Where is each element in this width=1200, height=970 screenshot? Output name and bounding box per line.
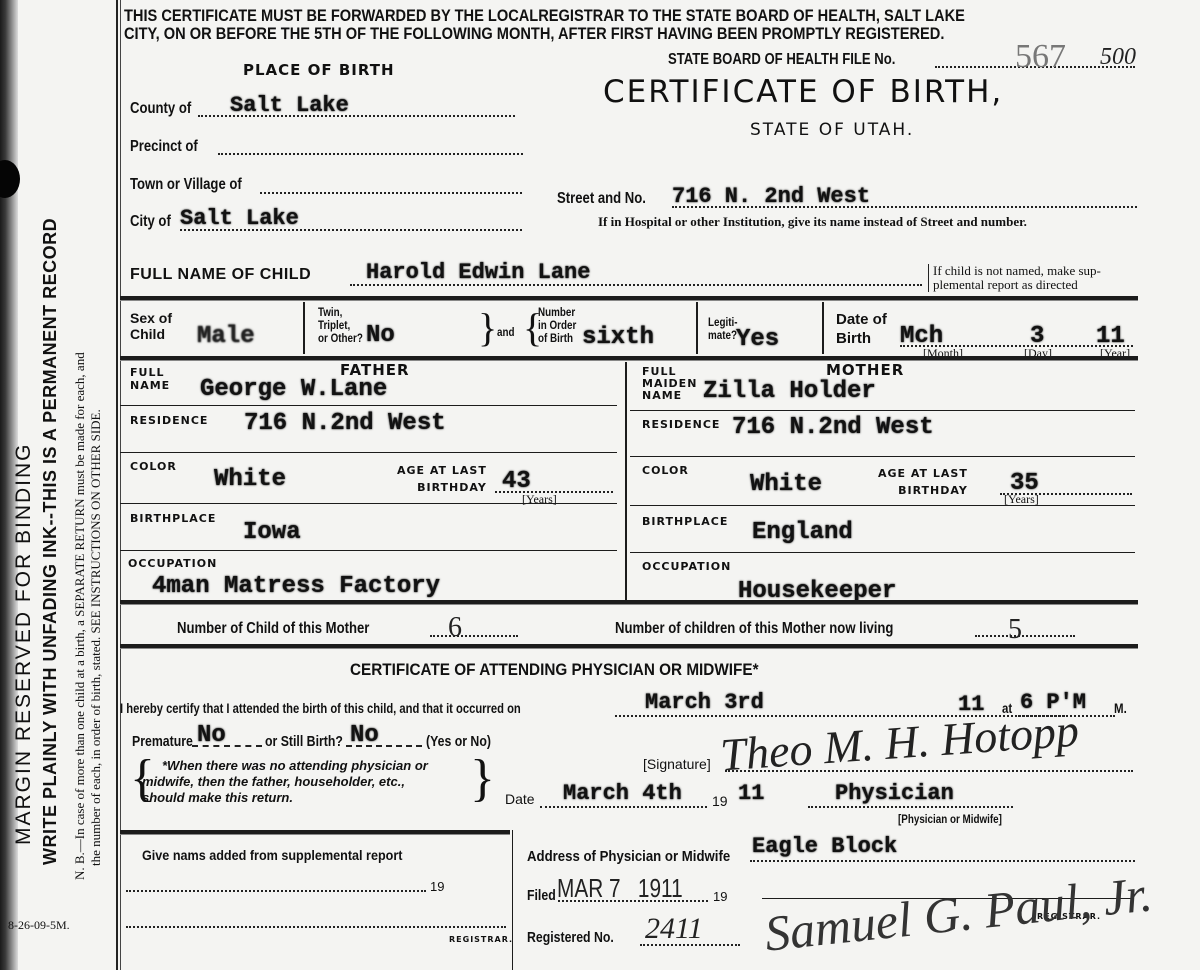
father-birthplace-field[interactable]: Iowa bbox=[243, 519, 301, 546]
dob-label: Date of Birth bbox=[836, 310, 887, 348]
supplemental-line bbox=[126, 890, 426, 892]
mother-name-label: FULL MAIDEN NAME bbox=[642, 366, 697, 402]
legitimate-field[interactable]: Yes bbox=[736, 326, 779, 353]
twin-label-line3: or Other? bbox=[318, 332, 363, 345]
living-children-field[interactable]: 5 bbox=[1008, 614, 1022, 646]
row-divider bbox=[630, 410, 1135, 411]
order-label-line3: of Birth bbox=[538, 332, 576, 345]
sex-label-line2: Child bbox=[130, 326, 172, 342]
unnamed-note: If child is not named, make sup- plement… bbox=[928, 264, 1101, 292]
header-notice-line1: THIS CERTIFICATE MUST BE FORWARDED BY TH… bbox=[124, 7, 965, 25]
father-color-field[interactable]: White bbox=[214, 466, 286, 493]
mother-color-field[interactable]: White bbox=[750, 471, 822, 498]
margin-rule bbox=[116, 0, 118, 970]
signed-year-field[interactable]: 11 bbox=[738, 781, 764, 806]
town-field[interactable] bbox=[260, 192, 522, 194]
file-number-handwritten: 500 bbox=[1100, 44, 1136, 71]
birth-order-field[interactable]: sixth bbox=[582, 324, 654, 351]
signature-label: [Signature] bbox=[643, 756, 711, 772]
date-line bbox=[540, 806, 707, 808]
section-divider bbox=[120, 600, 1138, 605]
physician-title-field[interactable]: Physician bbox=[835, 781, 954, 806]
section-divider bbox=[120, 296, 1138, 301]
registered-no-label: Registered No. bbox=[527, 929, 614, 946]
registered-no-field[interactable]: 2411 bbox=[645, 912, 703, 946]
town-label: Town or Village of bbox=[130, 176, 242, 194]
father-name-field[interactable]: George W.Lane bbox=[200, 376, 387, 403]
header-notice-line2: CITY, ON OR BEFORE THE 5TH OF THE FOLLOW… bbox=[124, 25, 965, 43]
father-occupation-field[interactable]: 4man Matress Factory bbox=[152, 573, 440, 600]
section-divider bbox=[120, 830, 510, 835]
child-name-field[interactable]: Harold Edwin Lane bbox=[366, 260, 590, 285]
filed-label: Filed bbox=[527, 887, 556, 904]
filed-stamp: MAR 7 1911 bbox=[557, 873, 683, 904]
city-label: City of bbox=[130, 213, 171, 231]
certificate-title: CERTIFICATE OF BIRTH, bbox=[603, 74, 1003, 110]
mother-birthplace-label: BIRTHPLACE bbox=[642, 515, 728, 528]
father-birthplace-label: BIRTHPLACE bbox=[130, 512, 216, 525]
father-name-label-line1: FULL bbox=[130, 366, 170, 379]
margin-rule bbox=[120, 0, 121, 970]
row-divider bbox=[120, 405, 617, 406]
brace-icon: } bbox=[470, 752, 495, 806]
city-field[interactable]: Salt Lake bbox=[180, 206, 299, 231]
child-of-mother-line bbox=[430, 635, 518, 637]
sex-label: Sex of Child bbox=[130, 310, 172, 342]
column-divider bbox=[822, 302, 824, 354]
column-divider bbox=[696, 302, 698, 354]
form-code: 8-26-09-5M. bbox=[8, 918, 70, 933]
brace-icon: } bbox=[478, 306, 497, 350]
physician-address-label: Address of Physician or Midwife bbox=[527, 848, 730, 865]
row-divider bbox=[630, 456, 1135, 457]
hospital-note: If in Hospital or other Institution, giv… bbox=[598, 214, 1027, 230]
occurred-date-field[interactable]: March 3rd bbox=[645, 690, 764, 715]
supplemental-label: Give nams added from supplemental report bbox=[142, 847, 402, 863]
row-divider bbox=[630, 505, 1135, 506]
precinct-label: Precinct of bbox=[130, 138, 198, 156]
title-line bbox=[808, 806, 1013, 808]
date-19-label: 19 bbox=[712, 793, 728, 809]
sex-label-line1: Sex of bbox=[130, 310, 172, 326]
physician-title-caption: [Physician or Midwife] bbox=[898, 812, 1002, 826]
dob-label-line2: Birth bbox=[836, 329, 887, 348]
father-age-field[interactable]: 43 bbox=[502, 468, 531, 495]
dob-label-line1: Date of bbox=[836, 310, 887, 329]
parents-divider bbox=[625, 362, 627, 600]
father-age-label-line2: BIRTHDAY bbox=[397, 479, 487, 496]
file-number-label: STATE BOARD OF HEALTH FILE No. bbox=[668, 51, 895, 69]
father-name-label-line2: NAME bbox=[130, 379, 170, 392]
child-of-mother-field[interactable]: 6 bbox=[448, 612, 462, 644]
header-notice: THIS CERTIFICATE MUST BE FORWARDED BY TH… bbox=[124, 7, 965, 43]
twin-label: Twin, Triplet, or Other? bbox=[318, 306, 363, 345]
margin-note: N. B.—In case of more than one child at … bbox=[72, 352, 104, 880]
order-label: Number in Order of Birth bbox=[538, 306, 576, 345]
filed-19-label: 19 bbox=[713, 889, 727, 904]
mother-name-field[interactable]: Zilla Holder bbox=[703, 378, 876, 405]
unnamed-note-line1: If child is not named, make sup- bbox=[933, 264, 1101, 278]
child-of-mother-label: Number of Child of this Mother bbox=[177, 620, 369, 638]
sex-field[interactable]: Male bbox=[197, 323, 255, 350]
street-field[interactable]: 716 N. 2nd West bbox=[672, 184, 870, 209]
mother-birthplace-field[interactable]: England bbox=[752, 519, 853, 546]
father-residence-field[interactable]: 716 N.2nd West bbox=[244, 410, 446, 437]
and-label: and bbox=[497, 325, 515, 339]
stillbirth-field[interactable]: No bbox=[350, 722, 379, 749]
section-divider bbox=[120, 356, 1138, 361]
twin-field[interactable]: No bbox=[366, 322, 395, 349]
father-color-label: COLOR bbox=[130, 460, 177, 473]
no-physician-note: *When there was no attending physician o… bbox=[142, 758, 428, 806]
living-children-line bbox=[975, 635, 1075, 637]
stillbirth-label: or Still Birth? bbox=[265, 733, 343, 750]
precinct-field[interactable] bbox=[218, 153, 523, 155]
street-label: Street and No. bbox=[557, 190, 646, 208]
child-name-label: FULL NAME OF CHILD bbox=[130, 266, 311, 284]
father-residence-label: RESIDENCE bbox=[130, 414, 208, 427]
mother-residence-label: RESIDENCE bbox=[642, 418, 720, 431]
mother-occupation-label: OCCUPATION bbox=[642, 560, 731, 573]
county-label: County of bbox=[130, 100, 191, 118]
father-age-label-line1: AGE AT LAST bbox=[397, 462, 487, 479]
row-divider bbox=[120, 550, 617, 551]
premature-label: Premature bbox=[132, 733, 193, 750]
physician-heading: CERTIFICATE OF ATTENDING PHYSICIAN OR MI… bbox=[350, 660, 759, 680]
legitimate-label-line2: mate? bbox=[708, 329, 738, 342]
mother-heading: MOTHER bbox=[826, 361, 904, 379]
note-line2: midwife, then the father, householder, e… bbox=[142, 774, 428, 790]
father-years-caption: [Years] bbox=[522, 492, 557, 507]
mother-color-label: COLOR bbox=[642, 464, 689, 477]
father-occupation-label: OCCUPATION bbox=[128, 557, 217, 570]
place-of-birth-heading: PLACE OF BIRTH bbox=[243, 61, 395, 79]
supplemental-19-label: 19 bbox=[430, 879, 444, 894]
margin-note-line1: N. B.—In case of more than one child at … bbox=[72, 352, 88, 880]
row-divider bbox=[120, 503, 617, 504]
signed-date-field[interactable]: March 4th bbox=[563, 781, 682, 806]
yes-no-hint: (Yes or No) bbox=[426, 733, 491, 750]
certify-text: I hereby certify that I attended the bir… bbox=[120, 700, 521, 716]
father-name-label: FULL NAME bbox=[130, 366, 170, 392]
supplemental-registrar-line bbox=[126, 926, 506, 928]
file-number-stamp: 567 bbox=[1015, 38, 1066, 76]
mother-name-label-line3: NAME bbox=[642, 390, 697, 402]
living-children-label: Number of children of this Mother now li… bbox=[615, 620, 893, 638]
row-divider bbox=[120, 452, 617, 453]
legitimate-label: Legiti- mate? bbox=[708, 316, 738, 342]
margin-permanent-text: WRITE PLAINLY WITH UNFADING INK--THIS IS… bbox=[40, 218, 61, 865]
registrar-caption-left: REGISTRAR. bbox=[449, 935, 513, 944]
address-line bbox=[750, 860, 1135, 862]
county-field[interactable]: Salt Lake bbox=[230, 93, 349, 118]
row-divider bbox=[630, 552, 1135, 553]
m-label: M. bbox=[1114, 700, 1127, 716]
mother-residence-field[interactable]: 716 N.2nd West bbox=[732, 414, 934, 441]
registrar-divider bbox=[512, 830, 513, 970]
margin-binding-text: MARGIN RESERVED FOR BINDING bbox=[12, 443, 36, 846]
premature-field[interactable]: No bbox=[197, 722, 226, 749]
registrar-signature: Samuel G. Paul, Jr. bbox=[762, 864, 1155, 962]
mother-age-label-line1: AGE AT LAST bbox=[878, 465, 968, 482]
margin-note-line2: the number of each, in order of birth, s… bbox=[88, 352, 104, 880]
column-divider bbox=[303, 302, 305, 354]
unnamed-note-line2: plemental report as directed bbox=[933, 278, 1101, 292]
mother-age-label: AGE AT LAST BIRTHDAY bbox=[878, 465, 968, 499]
section-divider bbox=[120, 644, 1138, 649]
physician-address-field[interactable]: Eagle Block bbox=[752, 834, 897, 859]
father-age-label: AGE AT LAST BIRTHDAY bbox=[397, 462, 487, 496]
birth-certificate: MARGIN RESERVED FOR BINDING WRITE PLAINL… bbox=[0, 0, 1200, 970]
note-line1: *When there was no attending physician o… bbox=[142, 758, 428, 774]
mother-age-label-line2: BIRTHDAY bbox=[878, 482, 968, 499]
note-line3: should make this return. bbox=[142, 790, 428, 806]
date-label: Date bbox=[505, 791, 535, 807]
certificate-subtitle: STATE OF UTAH. bbox=[750, 120, 914, 140]
